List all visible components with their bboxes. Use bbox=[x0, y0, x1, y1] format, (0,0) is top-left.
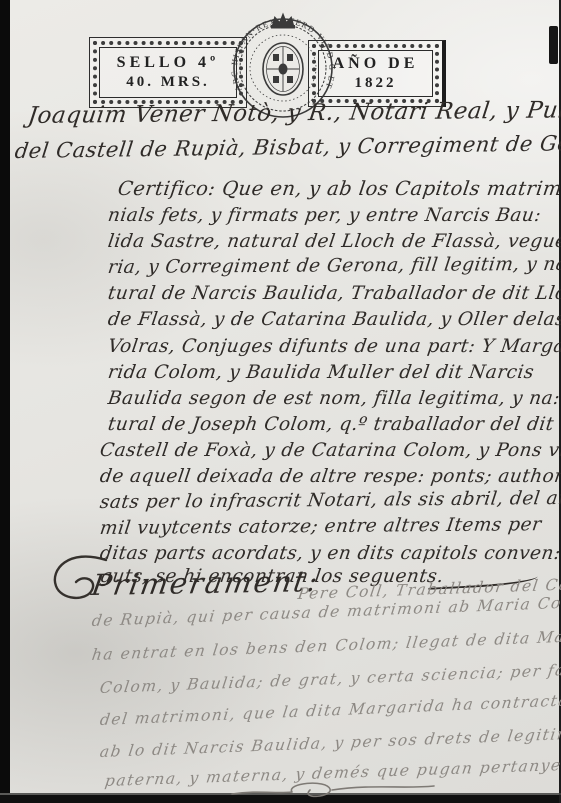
manuscript-line: Volras, Conjuges difunts de una part: Y … bbox=[107, 336, 561, 357]
manuscript-line: ria, y Corregiment de Gerona, fill legit… bbox=[107, 254, 561, 278]
scanned-document-page: { "colors": { "paper": "#e6e5e1", "ink":… bbox=[0, 0, 561, 803]
end-flourish-icon bbox=[228, 781, 438, 803]
scan-artifact bbox=[549, 26, 558, 64]
stamp-mrs-label: 40. MRS. bbox=[126, 74, 210, 91]
manuscript-line: de Flassà, y de Catarina Baulida, y Olle… bbox=[107, 309, 561, 330]
manuscript-line: ditas parts acordats, y en dits capitols… bbox=[99, 543, 561, 564]
stamp-year-value: 1822 bbox=[355, 75, 397, 92]
manuscript-line: Baulida segon de est nom, filla legitima… bbox=[107, 388, 561, 409]
manuscript-line: mil vuytcents catorze; entre altres Item… bbox=[99, 514, 543, 539]
svg-text:FERD·VII·D·G·ET: FERD·VII·D·G·ET bbox=[289, 16, 338, 91]
manuscript-line: de aquell deixada de altre respe: ponts;… bbox=[99, 466, 561, 487]
manuscript-line: sats per lo infrascrit Notari, als sis a… bbox=[99, 488, 561, 513]
manuscript-line: lida Sastre, natural del Lloch de Flassà… bbox=[107, 231, 561, 252]
stamp-ano-label: AÑO DE bbox=[333, 55, 419, 73]
revenue-stamp-denomination: SELLO 4º 40. MRS. bbox=[89, 37, 247, 108]
scan-edge-left bbox=[0, 0, 10, 803]
manuscript-line: tural de Narcis Baulida, Traballador de … bbox=[107, 283, 561, 304]
section-heading: Primerament: bbox=[89, 564, 322, 602]
stamp-ornament-border: SELLO 4º 40. MRS. bbox=[93, 41, 243, 104]
stamp-sello-label: SELLO 4º bbox=[117, 54, 220, 72]
manuscript-line: tural de Joseph Colom, q.º traballador d… bbox=[107, 414, 556, 435]
manuscript-line: Certifico: Que en, y ab los Capitols mat… bbox=[116, 177, 561, 200]
manuscript-line: Joaquim Vener Notò, y R., Notari Real, y… bbox=[26, 97, 561, 129]
manuscript-line: Castell de Foxà, y de Catarina Colom, y … bbox=[99, 440, 561, 461]
manuscript-line: nials fets, y firmats per, y entre Narci… bbox=[107, 205, 543, 226]
seal-legend-right: FERD·VII·D·G·ET bbox=[289, 16, 338, 91]
manuscript-line: rida Colom, y Baulida Muller del dit Nar… bbox=[107, 362, 536, 383]
